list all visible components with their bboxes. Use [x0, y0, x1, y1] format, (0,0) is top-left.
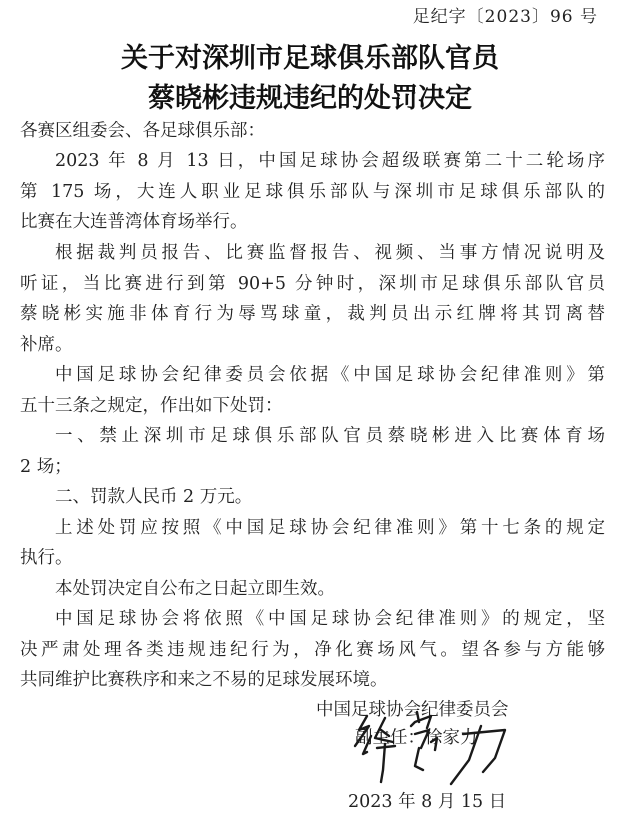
document-title-line-2: 蔡晓彬违规违纪的处罚决定 [0, 76, 620, 115]
document-date: 2023 年 8 月 15 日 [348, 788, 506, 813]
body-line: 第 175 场，大连人职业足球俱乐部队与深圳市足球俱乐部队的 [20, 178, 605, 203]
body-line: 2 场； [20, 453, 605, 478]
body-line: 2023 年 8 月 13 日，中国足球协会超级联赛第二十二轮场序 [55, 147, 605, 172]
penalty-item-1: 一、禁止深圳市足球俱乐部队官员蔡晓彬进入比赛体育场 [55, 422, 605, 447]
body-line: 补席。 [20, 331, 605, 356]
body-line: 本处罚决定自公布之日起立即生效。 [55, 575, 605, 600]
body-line: 蔡晓彬实施非体育行为辱骂球童，裁判员出示红牌将其罚离替 [20, 300, 605, 325]
penalty-item-2: 二、罚款人民币 2 万元。 [55, 483, 605, 508]
body-line: 中国足球协会将依照《中国足球协会纪律准则》的规定，坚 [55, 605, 605, 630]
body-line: 共同维护比赛秩序和来之不易的足球发展环境。 [20, 666, 605, 691]
body-line: 五十三条之规定，作出如下处罚： [20, 392, 605, 417]
body-line: 上述处罚应按照《中国足球协会纪律准则》第十七条的规定 [55, 514, 605, 539]
body-line: 比赛在大连普湾体育场举行。 [20, 208, 605, 233]
body-line: 根据裁判员报告、比赛监督报告、视频、当事方情况说明及 [55, 239, 605, 264]
handwritten-signature [345, 708, 515, 788]
document-number: 足纪字〔2023〕96 号 [413, 2, 598, 27]
salutation: 各赛区组委会、各足球俱乐部： [20, 117, 605, 142]
body-line: 中国足球协会纪律委员会依据《中国足球协会纪律准则》第 [55, 361, 605, 386]
body-line: 听证，当比赛进行到第 90+5 分钟时，深圳市足球俱乐部队官员 [20, 270, 605, 295]
body-line: 决严肃处理各类违规违纪行为，净化赛场风气。望各参与方能够 [20, 636, 605, 661]
document-title-line-1: 关于对深圳市足球俱乐部队官员 [0, 36, 620, 75]
body-line: 执行。 [20, 544, 605, 569]
